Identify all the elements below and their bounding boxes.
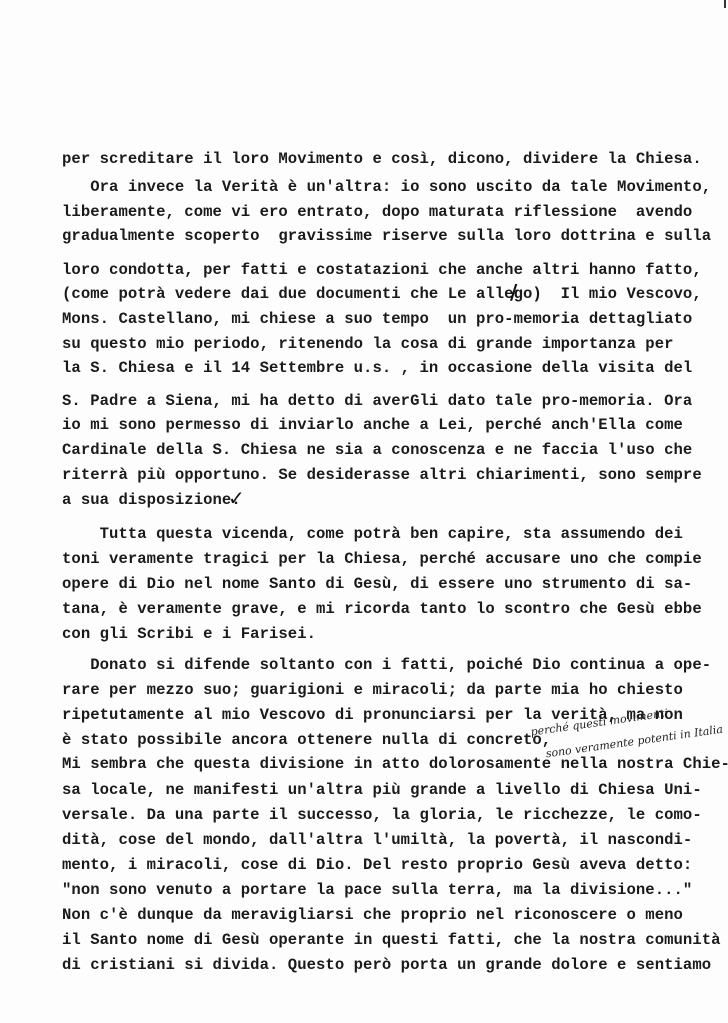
text-line: su questo mio periodo, ritenendo la cosa… xyxy=(62,335,674,353)
text-line: riterrà più opportuno. Se desiderasse al… xyxy=(62,466,702,484)
text-line: Mi sembra che questa divisione in atto d… xyxy=(62,755,728,773)
text-line: loro condotta, per fatti e costatazioni … xyxy=(62,261,702,279)
text-line: (come potrà vedere dai due documenti che… xyxy=(62,285,702,303)
text-line: Ora invece la Verità è un'altra: io sono… xyxy=(62,178,711,196)
text-line: Cardinale della S. Chiesa ne sia a conos… xyxy=(62,441,692,459)
text-line: tana, è veramente grave, e mi ricorda ta… xyxy=(62,600,702,618)
text-line: la S. Chiesa e il 14 Settembre u.s. , in… xyxy=(62,359,692,377)
text-line: a sua disposizione. xyxy=(62,491,241,509)
handwritten-check-mark: ✓ xyxy=(228,486,245,510)
text-line: toni veramente tragici per la Chiesa, pe… xyxy=(62,550,702,568)
text-line: versale. Da una parte il successo, la gl… xyxy=(62,806,702,824)
text-line: dità, cose del mondo, dall'altra l'umilt… xyxy=(62,831,692,849)
text-line: sa locale, ne manifesti un'altra più gra… xyxy=(62,781,702,799)
text-line: "non sono venuto a portare la pace sulla… xyxy=(62,881,692,899)
text-line: S. Padre a Siena, mi ha detto di averGli… xyxy=(62,392,692,410)
text-line: liberamente, come vi ero entrato, dopo m… xyxy=(62,203,692,221)
text-line: per screditare il loro Movimento e così,… xyxy=(62,150,702,168)
text-line: con gli Scribi e i Farisei. xyxy=(62,625,316,643)
text-line: di cristiani si divida. Questo però port… xyxy=(62,956,711,974)
text-line: opere di Dio nel nome Santo di Gesù, di … xyxy=(62,575,692,593)
text-line: gradualmente scoperto gravissime riserve… xyxy=(62,227,711,245)
text-line: rare per mezzo suo; guarigioni e miracol… xyxy=(62,681,683,699)
text-line: è stato possibile ancora ottenere nulla … xyxy=(62,731,551,749)
handwritten-slash-mark: / xyxy=(510,280,517,304)
text-line: Donato si difende soltanto con i fatti, … xyxy=(62,656,711,674)
text-line: Tutta questa vicenda, come potrà ben cap… xyxy=(62,525,683,543)
text-line: Mons. Castellano, mi chiese a suo tempo … xyxy=(62,310,692,328)
text-line: Non c'è dunque da meravigliarsi che prop… xyxy=(62,906,683,924)
typewritten-letter-page: per screditare il loro Movimento e così,… xyxy=(0,0,728,1023)
text-line: mento, i miracoli, cose di Dio. Del rest… xyxy=(62,856,692,874)
page-edge-mark xyxy=(724,0,726,8)
text-line: il Santo nome di Gesù operante in questi… xyxy=(62,931,721,949)
text-line: io mi sono permesso di inviarlo anche a … xyxy=(62,416,683,434)
